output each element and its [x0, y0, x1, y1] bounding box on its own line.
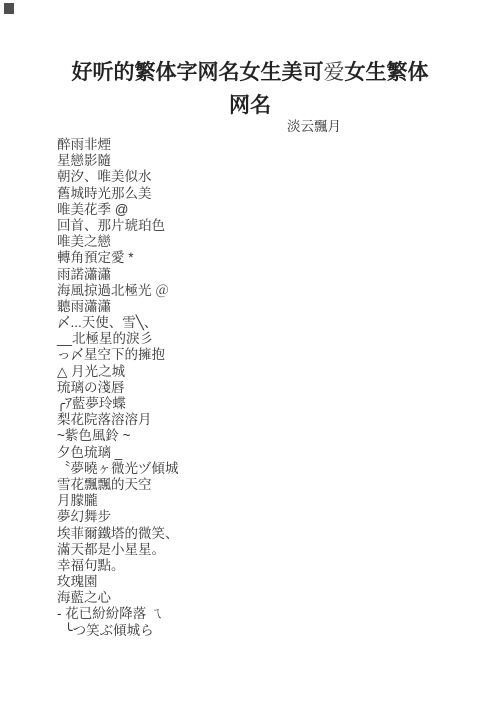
title-line2: 网名 [229, 94, 271, 117]
list-item: - 花已紛紛降落 ㄟ [57, 606, 484, 622]
list-item: ╭ｱ藍夢玲蝶 [57, 396, 484, 412]
list-item: 星戀影隨 [57, 153, 484, 169]
title-light-char: 爱 [324, 61, 345, 84]
list-item: 玫瑰園 [57, 574, 484, 590]
list-item: 埃菲爾鐵塔的微笑、 [57, 526, 484, 542]
list-item: 唯美之戀 [57, 234, 484, 250]
list-item: 滿天都是小星星。 [57, 542, 484, 558]
list-item: 醉雨非煙 [57, 137, 484, 153]
list-item: ╰つ笑ぶ傾城ら [57, 623, 484, 639]
list-item: △ 月光之城 [57, 364, 484, 380]
document-page: 好听的繁体字网名女生美可爱女生繁体网名 淡云飄月 醉雨非煙星戀影隨朝汐、唯美似水… [0, 0, 500, 708]
list-item: 雪花飄飄的天空 [57, 477, 484, 493]
list-item: 朝汐、唯美似水 [57, 169, 484, 185]
title-part2: 女生繁体 [345, 61, 429, 84]
list-item: 夕色琉璃 _ [57, 445, 484, 461]
list-item: 回首、那片琥珀色 [57, 218, 484, 234]
name-list: 醉雨非煙星戀影隨朝汐、唯美似水舊城時光那么美唯美花季 @回首、那片琥珀色唯美之戀… [57, 137, 484, 639]
list-item: 夢幻舞步 [57, 509, 484, 525]
list-item: 海藍之心 [57, 590, 484, 606]
list-item: 幸福句點。 [57, 558, 484, 574]
list-item: っ〆星空下的擁抱 [57, 347, 484, 363]
list-item: 聽雨瀟瀟 [57, 299, 484, 315]
list-item: 梨花院落溶溶月 [57, 412, 484, 428]
list-item: 〝夢曉ヶ微光ヅ傾城 [57, 461, 484, 477]
page-title: 好听的繁体字网名女生美可爱女生繁体网名 [0, 56, 500, 122]
corner-mark [4, 3, 14, 14]
list-item: 舊城時光那么美 [57, 186, 484, 202]
list-item: 〆...天使、雪╲、 [57, 315, 484, 331]
list-item: 月朦朧 [57, 493, 484, 509]
author-name: 淡云飄月 [287, 118, 341, 136]
title-part1: 好听的繁体字网名女生美可 [72, 61, 324, 84]
list-item: __北極星的淚彡 [57, 331, 484, 347]
list-item: 琉璃の淺唇 [57, 380, 484, 396]
list-item: 轉角預定愛 * [57, 250, 484, 266]
list-item: 雨諾瀟瀟 [57, 267, 484, 283]
list-item: 唯美花季 @ [57, 202, 484, 218]
list-item: 海風掠過北極光 ＠ [57, 283, 484, 299]
list-item: ~紫色風鈴 ~ [57, 428, 484, 444]
